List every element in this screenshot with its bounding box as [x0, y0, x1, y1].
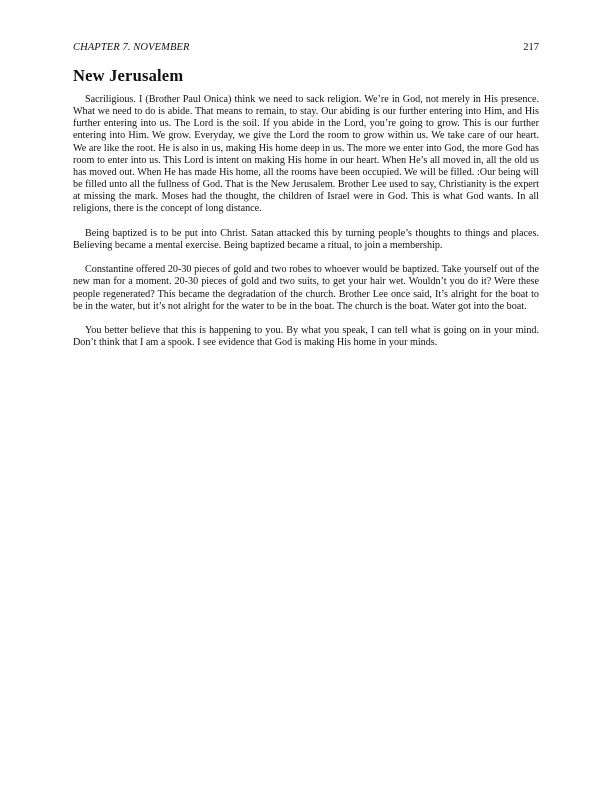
body-text: Sacriligious. I (Brother Paul Onica) thi…	[73, 94, 539, 362]
paragraph-4: You better believe that this is happenin…	[73, 325, 539, 349]
paragraph-1: Sacriligious. I (Brother Paul Onica) thi…	[73, 94, 539, 216]
paragraph-3: Constantine offered 20-30 pieces of gold…	[73, 264, 539, 313]
section-title: New Jerusalem	[73, 66, 183, 86]
running-header: CHAPTER 7. NOVEMBER 217	[73, 42, 539, 56]
paragraph-2: Being baptized is to be put into Christ.…	[73, 228, 539, 252]
page-number: 217	[523, 42, 539, 53]
chapter-heading: CHAPTER 7. NOVEMBER	[73, 42, 190, 53]
